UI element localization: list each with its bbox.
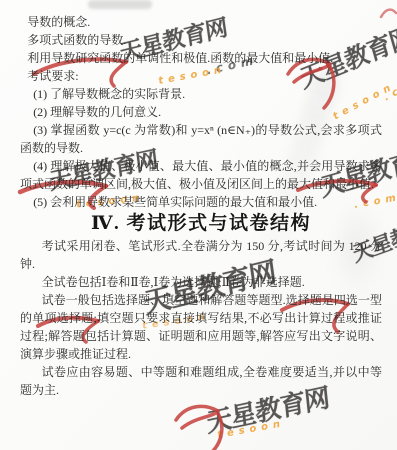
topic-line: 多项式函数的导数. [20,31,382,49]
body-paragraph: 试卷应由容易题、中等题和难题组成,全卷难度要适当,并以中等题为主. [20,363,382,399]
section-heading: Ⅳ. 考试形式与试卷结构 [20,211,382,237]
scanned-document-page: 天星教育网 .com tesoon 天星教育网 tesoon .com 天星教育… [0,0,397,450]
red-bird-mark-bottom [170,396,228,450]
requirements-label: 考试要求: [20,67,382,85]
watermark-domain-text: .com [382,72,397,104]
body-paragraph: 试卷一般包括选择题、填空题和解答题等题型.选择题是四选一型的单项选择题;填空题只… [20,291,382,363]
document-text-block: 导数的概念. 多项式函数的导数. 利用导数研究函数的单调性和极值.函数的最大值和… [20,13,382,399]
body-paragraph: 考试采用闭卷、笔试形式.全卷满分为 150 分,考试时间为 120 分钟. [20,237,382,273]
requirement-item: (4) 理解极大值、极小值、最大值、最小值的概念,并会用导数求多项式函数的单调区… [20,157,382,193]
topic-line: 导数的概念. [20,13,382,31]
requirement-item: (2) 理解导数的几何意义. [20,103,382,121]
body-paragraph: 全试卷包括Ⅰ卷和Ⅱ卷,Ⅰ卷为选择题;Ⅱ卷为非选择题. [20,273,382,291]
requirement-item: (3) 掌握函数 y=c(c 为常数)和 y=xⁿ (n∈N₊)的导数公式,会求… [20,121,382,157]
requirement-item: (1) 了解导数概念的实际背景. [20,85,382,103]
watermark-brand-latin: tesoon [217,418,286,441]
topic-line: 利用导数研究函数的单调性和极值.函数的最大值和最小值. [20,49,382,67]
scan-smudge [88,0,152,9]
requirement-item: (5) 会利用导数求某些简单实际问题的最大值和最小值. [20,193,382,211]
